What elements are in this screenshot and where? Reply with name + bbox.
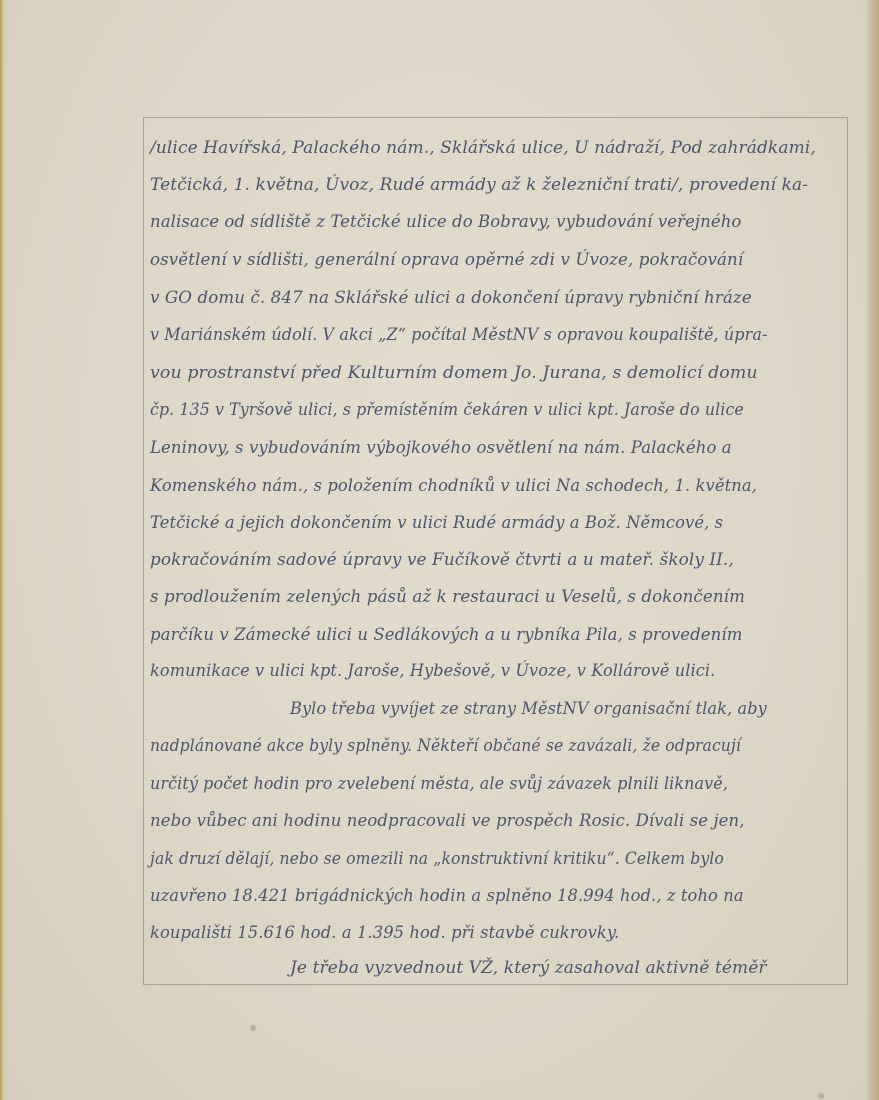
text-line-4: osvětlení v sídlišti, generální oprava o…	[150, 250, 836, 270]
paper-smudge	[250, 1025, 256, 1031]
text-line-23: Je třeba vyzvednout VŽ, který zasahoval …	[290, 958, 850, 978]
text-line-18: určitý počet hodin pro zvelebení města, …	[150, 774, 808, 794]
text-line-6: v Mariánském údolí. V akci „Z“ počítal M…	[150, 325, 808, 345]
text-line-21: uzavřeno 18.421 brigádnických hodin a sp…	[150, 886, 822, 906]
text-line-10: Komenského nám., s položením chodníků v …	[150, 476, 822, 496]
text-line-7: vou prostranství před Kulturním domem Jo…	[150, 363, 864, 383]
text-line-1: /ulice Havířská, Palackého nám., Sklářsk…	[150, 138, 850, 158]
text-line-13: s prodloužením zelených pásů až k restau…	[150, 587, 836, 607]
text-line-12: pokračováním sadové úpravy ve Fučíkově č…	[150, 550, 843, 570]
book-binding-edge	[867, 0, 879, 1100]
page-left-edge	[0, 0, 6, 1100]
text-line-22: koupališti 15.616 hod. a 1.395 hod. při …	[150, 923, 822, 943]
text-line-3: nalisace od sídliště z Tetčické ulice do…	[150, 212, 829, 232]
text-line-20: jak druzí dělají, nebo se omezili na „ko…	[150, 849, 794, 869]
paper-smudge	[818, 1093, 824, 1099]
text-line-9: Leninovy, s vybudováním výbojkového osvě…	[150, 438, 829, 458]
text-line-16: Bylo třeba vyvíjet ze strany MěstNV orga…	[290, 699, 822, 719]
text-line-17: nadplánované akce byly splněny. Někteří …	[150, 736, 794, 756]
text-line-8: čp. 135 v Tyršově ulici, s přemístěním č…	[150, 400, 801, 420]
text-line-11: Tetčické a jejich dokončením v ulici Rud…	[150, 513, 822, 533]
text-line-19: nebo vůbec ani hodinu neodpracovali ve p…	[150, 811, 829, 831]
text-line-5: v GO domu č. 847 na Sklářské ulici a dok…	[150, 288, 836, 308]
text-line-14: parčíku v Zámecké ulici u Sedlákových a …	[150, 625, 829, 645]
text-line-2: Tetčická, 1. května, Úvoz, Rudé armády a…	[150, 175, 850, 195]
text-line-15: komunikace v ulici kpt. Jaroše, Hybešově…	[150, 661, 815, 681]
